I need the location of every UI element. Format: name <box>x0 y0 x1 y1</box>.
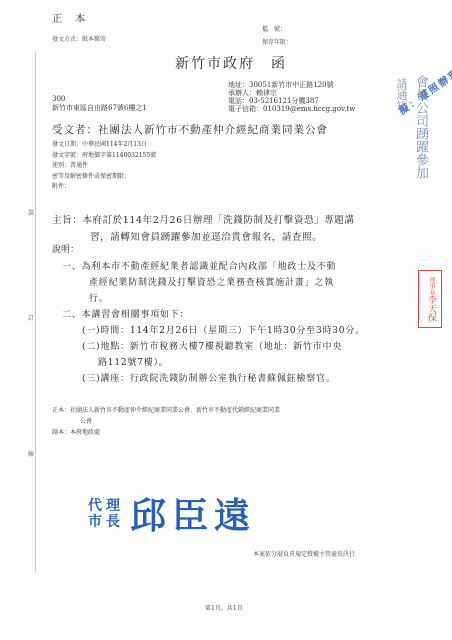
chairman-seal: 理事長李天保 <box>418 270 442 328</box>
contact-phone: 電話：03-5216121分機387 <box>228 97 355 105</box>
original-recipients-line-1: 正本：社團法人新竹市不動產仲介經紀商業同業公會、新竹市不動產代銷經紀商業同業 <box>52 405 280 416</box>
signature-title: 代理 市長 <box>88 498 124 530</box>
signature-title-line-1: 代理 <box>88 498 124 514</box>
recipient-zip: 300 <box>52 95 147 104</box>
handwritten-note-1: 請通知 <box>394 78 408 111</box>
signature-name: 邱臣遠 <box>130 488 256 539</box>
description-sub-2-line-2: 路112號7樓）。 <box>62 355 365 371</box>
recipient-address-block: 300 新竹市東區自由路67號6樓之1 <box>52 95 147 113</box>
description-item-1-line-1: 一、為利本市不動產經紀業者認識並配合內政部「地政士及不動 <box>62 259 365 275</box>
description-item-1-line-3: 行。 <box>62 291 365 307</box>
copy-recipients: 副本：本府地政處 <box>52 427 280 438</box>
binding-mark-zhuang: 裝 <box>28 208 34 217</box>
contact-handler: 承辦人：賴律宗 <box>228 89 355 97</box>
seal-name: 李天保 <box>426 295 436 322</box>
document-title: 新竹市政府函 <box>175 53 287 73</box>
document-meta: 發文日期：中華民國114年2月13日 發文字號：府地價字第1140032155號… <box>52 140 156 193</box>
description-sub-1: (一)時間：114年2月26日（星期三）下午1時30分至3時30分。 <box>62 323 365 339</box>
issue-date: 發文日期：中華民國114年2月13日 <box>52 140 156 151</box>
binding-mark-xian: 線 <box>28 449 34 458</box>
description-block: 一、為利本市不動產經紀業者認識並配合內政部「地政士及不動 產經紀業防制洗錢及打擊… <box>62 259 365 387</box>
binding-mark-ding: 訂 <box>28 313 34 322</box>
description-sub-2-line-1: (二)地點：新竹市稅務大樓7樓視聽教室（地址：新竹市中央 <box>62 339 365 355</box>
mayor-signature-stamp: 代理 市長 邱臣遠 <box>88 488 256 539</box>
binding-line <box>35 52 36 572</box>
file-number-label: 檔 號： <box>262 24 286 33</box>
description-sub-3: (三)講座：行政院洗錢防制辦公室執行秘書蘇佩鈺檢察官。 <box>62 371 365 387</box>
subject-block: 主旨：本府訂於114年2月26日辦理「洗錢防制及打擊資恐」專題講 習，請轉知會員… <box>52 212 354 246</box>
handwritten-note-2: 會員公司踴躍參加 <box>412 75 428 179</box>
copy-type: 正 本 <box>52 10 90 25</box>
contact-address: 地址：30051新竹市中正路120號 <box>228 81 355 89</box>
delegation-note: 本案依分層負責規定授權主管處長決行 <box>253 549 355 558</box>
description-label: 說明： <box>52 242 79 255</box>
original-recipients-line-2: 公會 <box>52 416 280 427</box>
document-kind: 函 <box>271 56 287 72</box>
distribution-block: 正本：社團法人新竹市不動產仲介經紀商業同業公會、新竹市不動產代銷經紀商業同業 公… <box>52 405 280 438</box>
issuer-name: 新竹市政府 <box>175 56 255 72</box>
document-number: 發文字號：府地價字第1140032155號 <box>52 151 156 162</box>
subject-line-1: 本府訂於114年2月26日辦理「洗錢防制及打擊資恐」專題講 <box>82 215 354 226</box>
recipient: 受文者：社團法人新竹市不動產仲介經紀商業同業公會 <box>52 122 328 137</box>
contact-block: 地址：30051新竹市中正路120號 承辦人：賴律宗 電話：03-5216121… <box>228 81 355 113</box>
subject-label: 主旨： <box>52 215 82 226</box>
description-item-1-line-2: 產經紀業防制洗錢及打擊資恐之業務查核實施計畫」之執 <box>62 275 365 291</box>
speed-class: 速別：普通件 <box>52 161 156 172</box>
attachment: 附件： <box>52 182 156 193</box>
page-number: 第1頁，共1頁 <box>205 603 243 612</box>
secrecy-level: 密等及解密條件或保密期限： <box>52 172 156 183</box>
seal-title: 理事長 <box>428 277 435 295</box>
send-method: 發文方式：紙本郵寄 <box>52 34 106 43</box>
signature-title-line-2: 市長 <box>88 514 124 530</box>
contact-email: 電子信箱：010319@ems.hccg.gov.tw <box>228 105 355 113</box>
description-item-2: 二、本講習會相關事項如下： <box>62 307 365 323</box>
recipient-address: 新竹市東區自由路67號6樓之1 <box>52 104 147 113</box>
retention-period-label: 保存年限： <box>262 37 292 46</box>
subject-line-2: 習，請轉知會員踴躍參加並逕洽貴會報名，請查照。 <box>52 229 354 246</box>
